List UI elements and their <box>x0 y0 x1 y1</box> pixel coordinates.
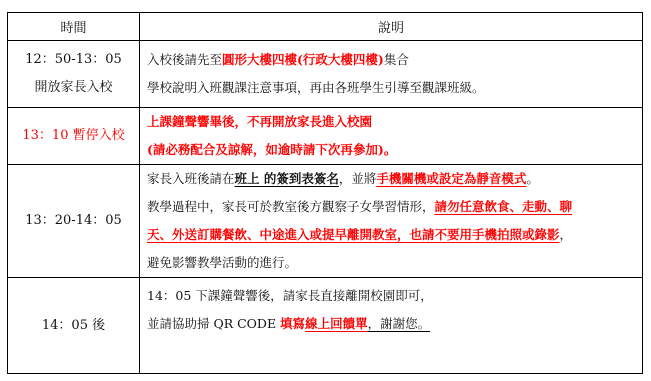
text-segment: 學校說明入班觀課注意事項，再由各班學生引導至觀課班級。 <box>147 80 485 95</box>
time-range: 14：05 後 <box>8 312 139 340</box>
text-segment: 14：05 下課鐘聲響後，請家長直接離開校園即可， <box>147 288 433 303</box>
time-cell: 12：50-13：05 開放家長入校 <box>8 41 140 108</box>
table-row: 13：20-14：05 家長入班後請在班上 的簽到表簽名，並將手機關機或設定為靜… <box>8 165 643 278</box>
text-segment: 家長入班後請在 <box>147 171 235 186</box>
time-range: 13：10 暫停入校 <box>8 122 139 150</box>
text-segment: ，並將 <box>339 171 377 186</box>
time-range: 13：20-14：05 <box>8 207 139 235</box>
online-feedback-form: 線上回饋單 <box>305 316 368 331</box>
conduct-rules-note: 天、外送訂購餐飲、中途進入或提早離開教室，也請不要用手機拍照或錄影 <box>147 227 560 242</box>
text-segment: 教學過程中，家長可於教室後方觀察子女學習情形， <box>147 199 435 214</box>
time-note: 開放家長入校 <box>8 74 139 102</box>
header-time: 時間 <box>8 13 140 41</box>
description-cell: 14：05 下課鐘聲響後，請家長直接離開校園即可， 並請協助掃 QR CODE … <box>140 278 643 374</box>
sign-in-sheet-note: 班上 的簽到表簽名 <box>235 171 339 186</box>
description-line: 學校說明入班觀課注意事項，再由各班學生引導至觀課班級。 <box>147 74 638 102</box>
table-row: 14：05 後 14：05 下課鐘聲響後，請家長直接離開校園即可， 並請協助掃 … <box>8 278 643 374</box>
description-line: 天、外送訂購餐飲、中途進入或提早離開教室，也請不要用手機拍照或錄影， <box>147 221 638 249</box>
description-cell: 入校後請先至圓形大樓四樓(行政大樓四樓)集合 學校說明入班觀課注意事項，再由各班… <box>140 41 643 108</box>
time-cell: 13：20-14：05 <box>8 165 140 278</box>
time-cell: 14：05 後 <box>8 278 140 374</box>
text-segment: ， <box>560 227 573 242</box>
description-line: 上課鐘聲響畢後，不再開放家長進入校園 <box>147 108 638 136</box>
meeting-location: 圓形大樓四樓(行政大樓四樓) <box>222 52 384 67</box>
text-segment: 避免影響教學活動的進行。 <box>147 255 297 270</box>
table-header-row: 時間 說明 <box>8 13 643 41</box>
visit-schedule-table: 時間 說明 12：50-13：05 開放家長入校 入校後請先至圓形大樓四樓(行政… <box>7 12 643 374</box>
text-segment: 並請協助掃 QR CODE <box>147 316 280 331</box>
header-description: 說明 <box>140 13 643 41</box>
description-line: 避免影響教學活動的進行。 <box>147 249 638 277</box>
time-range: 12：50-13：05 <box>8 46 139 74</box>
description-cell: 上課鐘聲響畢後，不再開放家長進入校園 (請必務配合及諒解，如逾時請下次再參加)。 <box>140 108 643 165</box>
text-segment: 入校後請先至 <box>147 52 222 67</box>
text-segment: 。 <box>526 171 539 186</box>
thank-you-text: ，謝謝您。 <box>368 316 431 331</box>
fill-in-label: 填寫 <box>280 316 305 331</box>
phone-silent-note: 手機關機或設定為靜音模式 <box>376 171 526 186</box>
description-line: 教學過程中，家長可於教室後方觀察子女學習情形，請勿任意飲食、走動、聊 <box>147 193 638 221</box>
conduct-rules-note: 請勿任意飲食、走動、聊 <box>435 199 573 214</box>
description-line: 並請協助掃 QR CODE 填寫線上回饋單，謝謝您。 <box>147 310 638 338</box>
description-line: 14：05 下課鐘聲響後，請家長直接離開校園即可， <box>147 282 638 310</box>
table-row: 12：50-13：05 開放家長入校 入校後請先至圓形大樓四樓(行政大樓四樓)集… <box>8 41 643 108</box>
description-line: (請必務配合及諒解，如逾時請下次再參加)。 <box>147 136 638 164</box>
description-line: 家長入班後請在班上 的簽到表簽名，並將手機關機或設定為靜音模式。 <box>147 165 638 193</box>
description-line: 入校後請先至圓形大樓四樓(行政大樓四樓)集合 <box>147 46 638 74</box>
text-segment: 集合 <box>384 52 409 67</box>
description-cell: 家長入班後請在班上 的簽到表簽名，並將手機關機或設定為靜音模式。 教學過程中，家… <box>140 165 643 278</box>
time-cell: 13：10 暫停入校 <box>8 108 140 165</box>
table-row: 13：10 暫停入校 上課鐘聲響畢後，不再開放家長進入校園 (請必務配合及諒解，… <box>8 108 643 165</box>
